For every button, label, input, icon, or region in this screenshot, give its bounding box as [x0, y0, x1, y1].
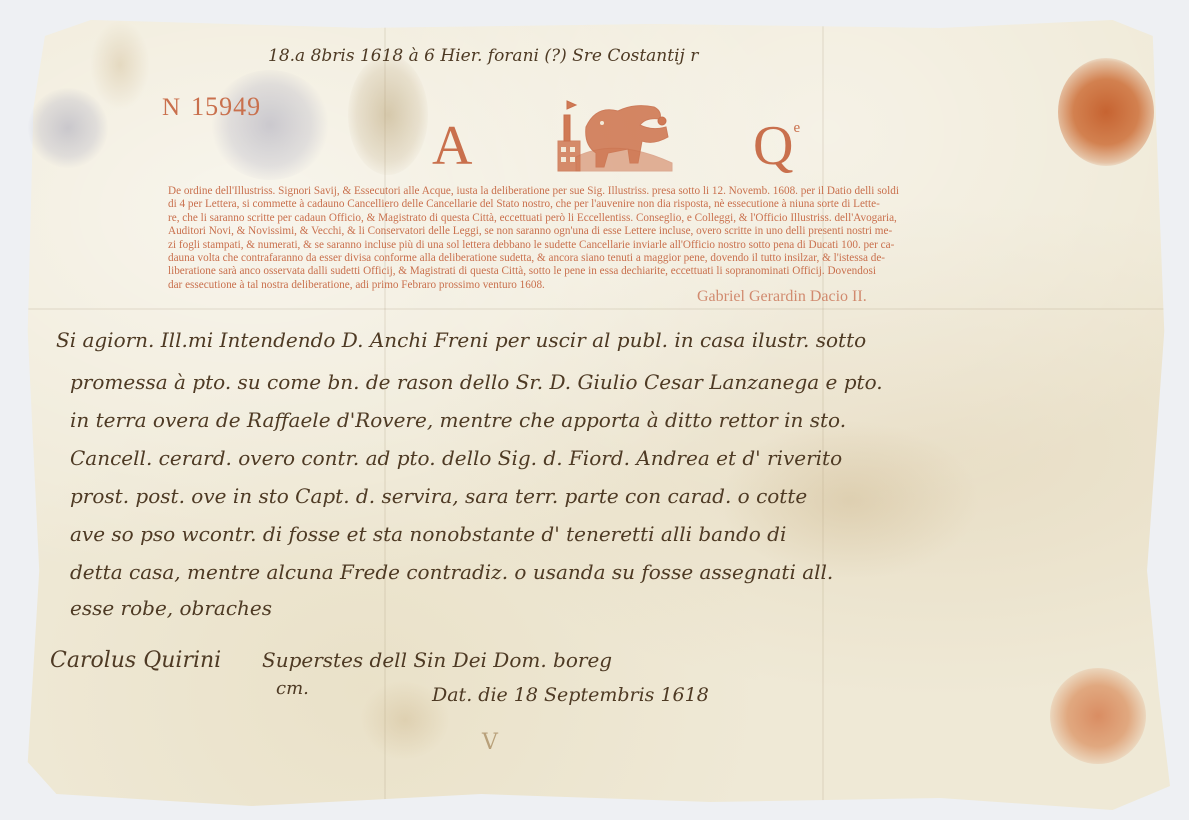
- handwritten-line: promessa à pto. su come bn. de rason del…: [70, 370, 883, 394]
- printed-line: Auditori Novi, & Novissimi, & Vecchi, & …: [168, 225, 1048, 238]
- printed-decree-text: De ordine dell'Illustriss. Signori Savij…: [168, 185, 1048, 292]
- handwritten-line: esse robe, obraches: [70, 596, 272, 620]
- handwritten-line: ave so pso wcontr. di fosse et sta nonob…: [70, 522, 786, 546]
- signature-date: Dat. die 18 Septembris 1618: [432, 684, 709, 706]
- lion-of-saint-mark-icon: [556, 97, 674, 173]
- signature-name: Carolus Quirini: [50, 648, 221, 673]
- form-number-prefix: N: [162, 94, 181, 121]
- blue-stain: [210, 70, 330, 180]
- printed-line: dar essecutione à tal nostra deliberatio…: [168, 279, 1048, 292]
- handwritten-line: detta casa, mentre alcuna Frede contradi…: [70, 560, 833, 584]
- handwritten-line: Si agiorn. Ill.mi Intendendo D. Anchi Fr…: [56, 328, 866, 352]
- form-number: N15949: [162, 92, 261, 122]
- header-handwritten-note: 18.a 8bris 1618 à 6 Hier. forani (?) Sre…: [268, 46, 698, 66]
- tan-stain: [90, 20, 150, 110]
- seal-stain-top-right: [1058, 58, 1154, 166]
- printed-line: re, che li saranno scritte per cadaun Of…: [168, 212, 1048, 225]
- letter-q-superscript: e: [793, 120, 800, 136]
- form-number-value: 15949: [191, 92, 261, 121]
- printed-line: zi fogli stampati, & numerati, & se sara…: [168, 239, 1048, 252]
- handwritten-line: in terra overa de Raffaele d'Rovere, men…: [70, 408, 846, 432]
- seal-stain-bottom-right: [1050, 668, 1146, 764]
- blue-stain: [28, 88, 108, 168]
- handwritten-line: Cancell. cerard. overo contr. ad pto. de…: [70, 446, 842, 470]
- letter-q-main: Q: [753, 115, 793, 177]
- printed-signature: Gabriel Gerardin Dacio II.: [697, 288, 867, 306]
- printed-line: liberatione sarà anco osservata dalli su…: [168, 265, 1048, 278]
- printed-line: dauna volta che contrafaranno da esser d…: [168, 252, 1048, 265]
- letter-a: A: [432, 114, 472, 178]
- letter-q: Qe: [753, 114, 800, 178]
- handwritten-line: prost. post. ove in sto Capt. d. servira…: [70, 484, 807, 508]
- printed-line: De ordine dell'Illustriss. Signori Savij…: [168, 185, 1048, 198]
- printed-line: di 4 per Lettera, si commette à cadauno …: [168, 198, 1048, 211]
- fold-line-horizontal: [22, 308, 1170, 310]
- signature-abbreviation: cm.: [276, 678, 309, 699]
- signature-title: Superstes dell Sin Dei Dom. boreg: [262, 648, 612, 672]
- brown-stain: [348, 55, 428, 175]
- faint-mark: V: [482, 730, 498, 755]
